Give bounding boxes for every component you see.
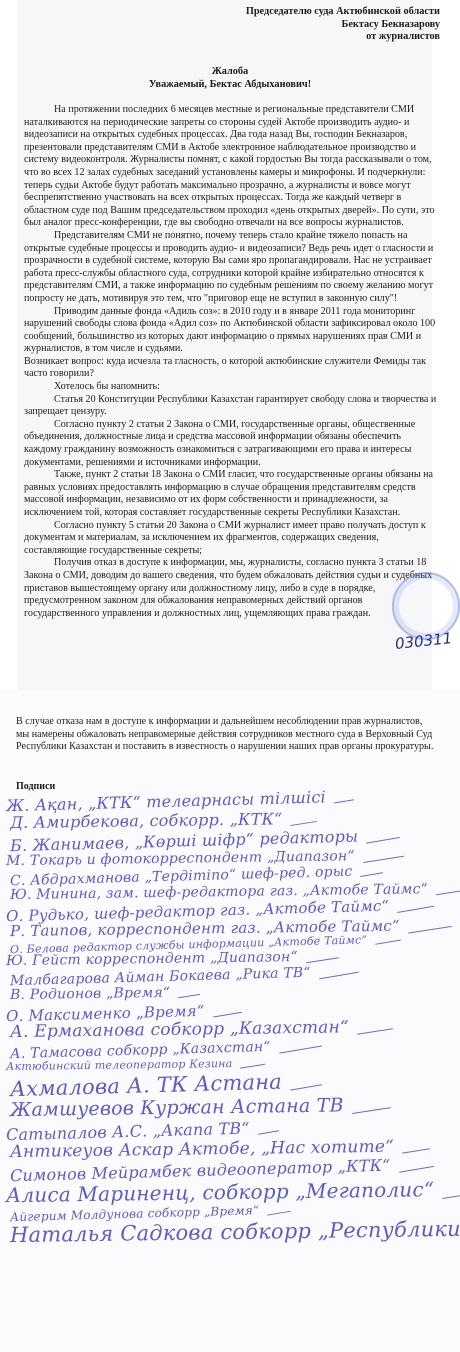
letter-body: На протяжении последних 6 месяцев местны… — [24, 104, 438, 620]
signature-scribble-icon — [334, 799, 354, 803]
signature-scribble-icon — [357, 1028, 393, 1034]
paragraph: Представителям СМИ не понятно, почему те… — [24, 230, 438, 306]
signature-scribble-icon — [267, 1211, 291, 1216]
paragraph: Также, пункт 2 статьи 18 Закона о СМИ гл… — [24, 469, 438, 519]
addressee-line: Бектасу Бекназарову — [180, 19, 440, 32]
signature-scribble-icon — [398, 906, 435, 913]
signature-scribble-icon — [290, 1084, 322, 1090]
signature-scribble-icon — [241, 1064, 266, 1069]
signature-text: Д. Амирбекова, собкорр. „КТК“ — [10, 809, 283, 832]
signature-line: Наталья Садкова собкорр „Республики“ — [4, 1216, 460, 1248]
signature-scribble-icon — [375, 939, 401, 944]
paragraph: Возникает вопрос: куда исчезла та гласно… — [24, 356, 438, 381]
signature-scribble-icon — [291, 821, 318, 826]
signature-scribble-icon — [367, 837, 401, 844]
paragraph: Согласно пункту 2 статьи 2 Закона о СМИ,… — [24, 419, 438, 469]
salutation: Уважаемый, Бектас Абдыханович! — [0, 79, 460, 91]
signature-scribble-icon — [361, 872, 384, 877]
addressee-line: от журналистов — [180, 31, 440, 44]
addressee-block: Председателю суда Актюбинской области Бе… — [180, 6, 440, 44]
paragraph: Приводим данные фонда «Адиль соз»: в 201… — [24, 306, 438, 356]
signature-scribble-icon — [178, 994, 200, 998]
paragraph: Согласно пункту 5 статьи 20 Закона о СМИ… — [24, 520, 438, 558]
signatures-list: Ж. Ақан, „КТК“ телеарнасы тілшісіД. Амир… — [4, 790, 460, 1245]
signature-scribble-icon — [213, 1012, 242, 1018]
signature-scribble-icon — [319, 972, 359, 980]
paragraph: Получив отказ в доступе к информации, мы… — [24, 557, 438, 620]
signature-scribble-icon — [399, 1166, 434, 1173]
signature-text: Наталья Садкова собкорр „Республики“ — [10, 1217, 460, 1247]
addressee-line: Председателю суда Актюбинской области — [180, 6, 440, 19]
signature-scribble-icon — [279, 1046, 322, 1054]
signature-scribble-icon — [258, 1130, 279, 1134]
closing-paragraph: В случае отказа нам в доступе к информац… — [16, 716, 436, 754]
signature-text: В. Родионов „Время“ — [10, 985, 170, 1003]
paragraph: Статья 20 Конституции Республики Казахст… — [24, 394, 438, 419]
signature-scribble-icon — [306, 957, 339, 963]
signature-scribble-icon — [402, 1148, 430, 1153]
paragraph: На протяжении последних 6 месяцев местны… — [24, 104, 438, 230]
signature-scribble-icon — [352, 1107, 391, 1114]
document-title: Жалоба — [0, 66, 460, 78]
paragraph: Хотелось бы напомнить: — [24, 381, 438, 394]
